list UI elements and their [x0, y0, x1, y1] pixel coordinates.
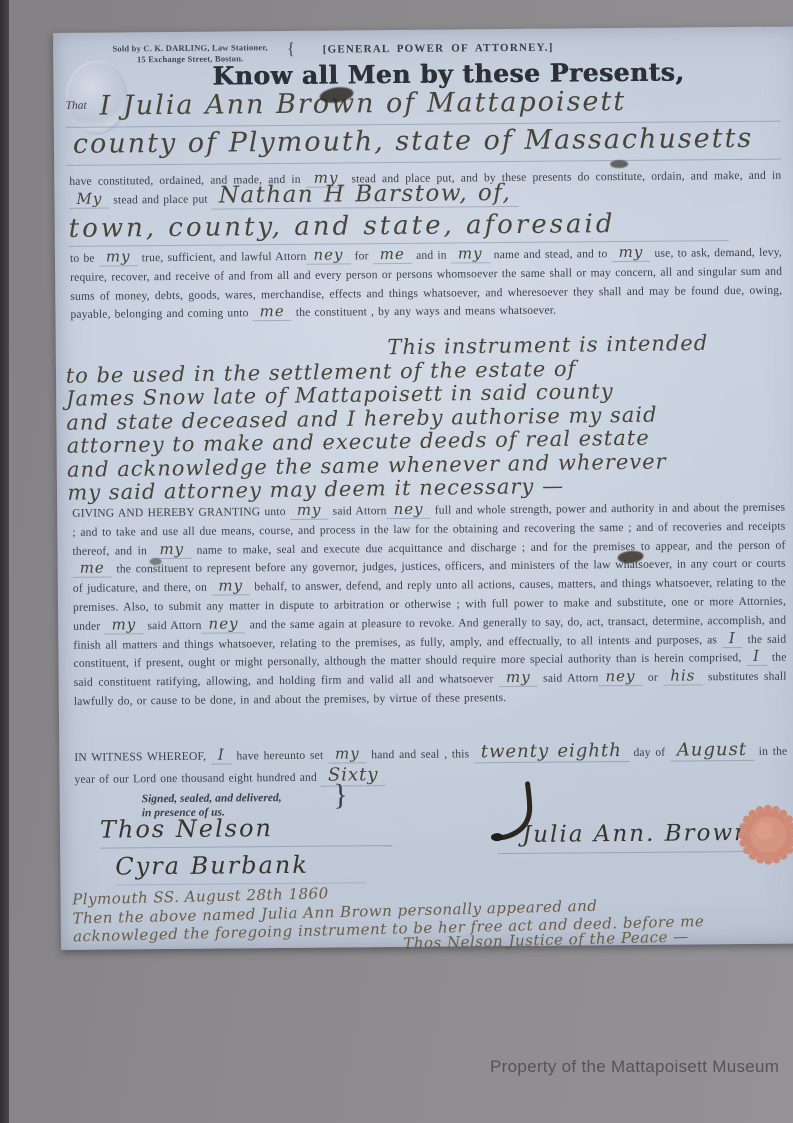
printed-text: said Attorn: [143, 619, 201, 633]
brace-icon: }: [333, 788, 348, 802]
printed-text: true, sufficient, and lawful Attorn: [138, 250, 307, 264]
printed-text: hand and seal , this: [367, 747, 474, 761]
handwritten-text: me: [73, 559, 112, 578]
handwritten-text: ney: [598, 667, 642, 686]
witness-signature-2: Cyra Burbank: [115, 850, 365, 885]
handwritten-text: ney: [387, 500, 431, 519]
paragraph-in-witness-whereof: IN WITNESS WHEREOF, I have hereunto set …: [74, 741, 787, 791]
handwritten-insert-block: This instrument is intendedto be used in…: [65, 331, 789, 506]
town-county-state-line: town, county, and state, aforesaid: [69, 208, 729, 247]
stationer-line1: Sold by C. K. DARLING, Law Stationer,: [95, 42, 285, 55]
principal-signature: Julia Ann. Brown: [522, 820, 762, 848]
opening-line-2: county of Plymouth, state of Massachuset…: [66, 123, 781, 166]
handwritten-text: my: [328, 744, 367, 763]
printed-text: That: [66, 100, 93, 112]
printed-text: day of: [629, 746, 670, 759]
handwritten-text: ney: [306, 245, 350, 264]
ink-blot: [610, 160, 628, 168]
handwritten-text: his: [663, 667, 702, 686]
brace-icon: {: [287, 43, 295, 54]
handwritten-text: my: [290, 501, 329, 520]
doc-type-label: [GENERAL POWER OF ATTORNEY.]: [303, 41, 573, 55]
handwritten-text: I: [211, 745, 232, 764]
handwritten-text: my: [99, 247, 138, 266]
paragraph-attorney-powers: to be my true, sufficient, and lawful At…: [70, 244, 783, 325]
handwritten-text: my: [152, 539, 191, 558]
printed-text: for: [350, 249, 372, 262]
handwritten-text: my: [104, 615, 143, 634]
handwritten-text: my: [499, 668, 538, 687]
handwritten-text: me: [373, 245, 412, 264]
witness-signature-1: Thos Nelson: [100, 813, 392, 849]
printed-text: the constituent , by any ways and means …: [292, 304, 557, 319]
museum-watermark: Property of the Mattapoisett Museum: [490, 1057, 779, 1077]
handwritten-text: My: [69, 189, 109, 208]
handwritten-text: twenty eighth: [474, 740, 629, 763]
printed-text: IN WITNESS WHEREOF,: [74, 750, 211, 764]
paragraph-constituted: have constituted, ordained, and made, an…: [69, 167, 781, 211]
handwritten-text: ney: [201, 614, 245, 633]
scanner-edge-strip: [0, 0, 9, 1123]
handwritten-text: Sixty: [321, 764, 386, 787]
wafer-seal-icon: [738, 805, 793, 866]
printed-text: stead and place put: [109, 192, 212, 206]
document-paper: Sold by C. K. DARLING, Law Stationer, 15…: [53, 27, 793, 950]
notary-acknowledgment: Plymouth SS. August 28th 1860Then the ab…: [72, 873, 793, 961]
handwritten-text: my: [211, 576, 250, 595]
printed-text: name to make, seal and execute due acqui…: [191, 538, 785, 556]
printed-text: name and stead, and to: [490, 247, 612, 261]
printed-text: GIVING AND HEREBY GRANTING unto: [72, 505, 290, 520]
printed-text: have hereunto set: [232, 749, 328, 763]
printed-text: to be: [70, 252, 99, 265]
paragraph-granting: GIVING AND HEREBY GRANTING unto my said …: [72, 499, 787, 712]
printed-text: said Attorn: [538, 671, 599, 685]
printed-text: and in: [412, 249, 451, 262]
printed-text: or: [642, 671, 663, 684]
handwritten-text: my: [451, 244, 490, 263]
handwritten-text: me: [253, 302, 292, 321]
handwritten-text: my: [612, 243, 651, 262]
handwritten-text: county of Plymouth, state of Massachuset…: [66, 123, 761, 160]
scanned-document-page: { "colors":{"paper":"#c7d0de","backgroun…: [0, 0, 793, 1123]
printed-text: said Attorn: [328, 504, 386, 518]
handwritten-text: I: [746, 647, 767, 666]
handwritten-text: I: [722, 629, 743, 648]
handwritten-text: Nathan H Barstow, of,: [212, 180, 519, 210]
handwritten-text: August: [670, 739, 754, 762]
handwritten-text: I Julia Ann Brown of Mattapoisett: [93, 86, 634, 122]
opening-line-1: ThatI Julia Ann Brown of Mattapoisett: [66, 85, 781, 128]
